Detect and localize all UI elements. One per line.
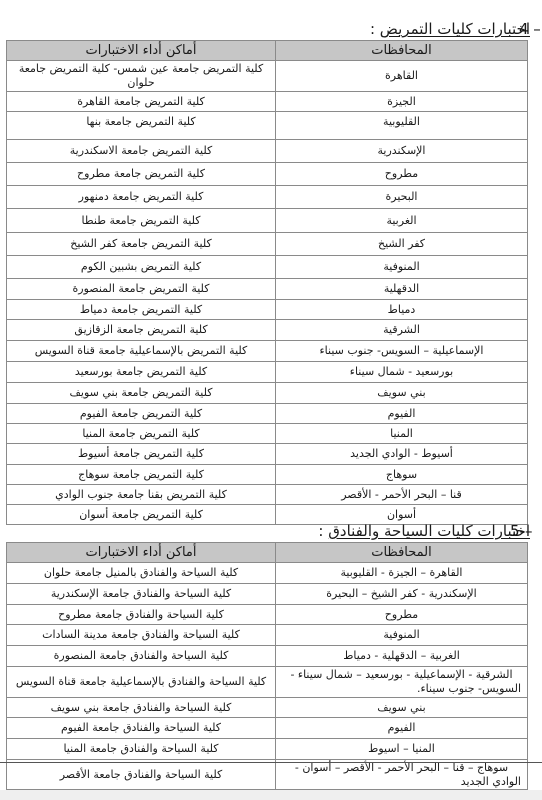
section-5-title-suffix: : — [318, 522, 328, 540]
governorate-cell: الإسكندرية - كفر الشيخ – البحيرة — [276, 584, 528, 605]
governorate-cell: الشرقية - الإسماعيلية - بورسعيد – شمال س… — [276, 667, 528, 698]
section-4-title: اختبارات كليات التمريض : — [370, 20, 530, 38]
table-row: القليوبيةكلية التمريض جامعة بنها — [7, 112, 528, 140]
location-cell: كلية التمريض جامعة المنصورة — [7, 279, 276, 300]
table-row: الغربيةكلية التمريض جامعة طنطا — [7, 209, 528, 233]
section-5-number: 5-– — [510, 522, 532, 540]
table-row: كفر الشيخكلية التمريض جامعة كفر الشيخ — [7, 233, 528, 256]
governorate-cell: الدقهلية — [276, 279, 528, 300]
governorate-cell: الإسماعيلية – السويس- جنوب سيناء — [276, 341, 528, 362]
table-row: الشرقيةكلية التمريض جامعة الزقازيق — [7, 320, 528, 341]
location-cell: كلية السياحة والفنادق جامعة مطروح — [7, 605, 276, 625]
table-row: المنوفيةكلية السياحة والفنادق جامعة مدين… — [7, 625, 528, 646]
governorate-cell: القاهرة – الجيزة - القليوبية — [276, 563, 528, 584]
location-cell: كلية التمريض جامعة المنيا — [7, 424, 276, 444]
location-cell: كلية السياحة والفنادق بالمنيل جامعة حلوا… — [7, 563, 276, 584]
governorate-cell: دمياط — [276, 300, 528, 320]
governorate-cell: المنوفية — [276, 256, 528, 279]
location-cell: كلية السياحة والفنادق بالإسماعيلية جامعة… — [7, 667, 276, 698]
table-row: المنياكلية التمريض جامعة المنيا — [7, 424, 528, 444]
table-row: الإسكندريةكلية التمريض جامعة الاسكندرية — [7, 140, 528, 163]
location-cell: كلية التمريض جامعة بنها — [7, 112, 276, 140]
table-row: المنوفيةكلية التمريض بشبين الكوم — [7, 256, 528, 279]
governorate-cell: البحيرة — [276, 186, 528, 209]
location-cell: كلية التمريض جامعة كفر الشيخ — [7, 233, 276, 256]
governorate-cell: الفيوم — [276, 718, 528, 739]
governorate-cell: الإسكندرية — [276, 140, 528, 163]
table-row: البحيرةكلية التمريض جامعة دمنهور — [7, 186, 528, 209]
location-cell: كلية التمريض جامعة دمياط — [7, 300, 276, 320]
location-cell: كلية التمريض جامعة دمنهور — [7, 186, 276, 209]
page-bottom-shade — [0, 790, 542, 800]
location-cell: كلية السياحة والفنادق جامعة الفيوم — [7, 718, 276, 739]
table-row: الفيومكلية السياحة والفنادق جامعة الفيوم — [7, 718, 528, 739]
location-cell: كلية السياحة والفنادق جامعة المنيا — [7, 739, 276, 760]
governorate-cell: سوهاج – قنا – البحر الأحمر - الأقصر – أس… — [276, 760, 528, 790]
table-row: المنيا – اسيوطكلية السياحة والفنادق جامع… — [7, 739, 528, 760]
table-row: قنا – البحر الأحمر - الأقصركلية التمريض … — [7, 485, 528, 505]
governorate-cell: الجيزة — [276, 92, 528, 112]
location-cell: كلية التمريض بالإسماعيلية جامعة قناة الس… — [7, 341, 276, 362]
location-cell: كلية التمريض بشبين الكوم — [7, 256, 276, 279]
table-row: دمياطكلية التمريض جامعة دمياط — [7, 300, 528, 320]
governorate-cell: بورسعيد - شمال سيناء — [276, 362, 528, 383]
tourism-exams-table: المحافظات أماكن أداء الاختبارات القاهرة … — [6, 542, 528, 790]
governorate-cell: المنوفية — [276, 625, 528, 646]
table-row: أسيوط - الوادي الجديدكلية التمريض جامعة … — [7, 444, 528, 465]
location-cell: كلية السياحة والفنادق جامعة الإسكندرية — [7, 584, 276, 605]
governorate-cell: المنيا — [276, 424, 528, 444]
location-cell: كلية التمريض جامعة الاسكندرية — [7, 140, 276, 163]
governorate-cell: أسيوط - الوادي الجديد — [276, 444, 528, 465]
table-row: الدقهليةكلية التمريض جامعة المنصورة — [7, 279, 528, 300]
governorate-cell: مطروح — [276, 163, 528, 186]
governorate-cell: القاهرة — [276, 61, 528, 92]
nursing-exams-table: المحافظات أماكن أداء الاختبارات القاهرةك… — [6, 40, 528, 525]
governorate-cell: كفر الشيخ — [276, 233, 528, 256]
header-governorates: المحافظات — [276, 543, 528, 563]
governorate-cell: بني سويف — [276, 383, 528, 404]
table-row: مطروحكلية السياحة والفنادق جامعة مطروح — [7, 605, 528, 625]
location-cell: كلية التمريض جامعة أسوان — [7, 505, 276, 525]
location-cell: كلية السياحة والفنادق جامعة بني سويف — [7, 698, 276, 718]
location-cell: كلية التمريض جامعة القاهرة — [7, 92, 276, 112]
governorate-cell: مطروح — [276, 605, 528, 625]
header-locations: أماكن أداء الاختبارات — [7, 543, 276, 563]
header-governorates: المحافظات — [276, 41, 528, 61]
page-divider-line — [0, 762, 542, 763]
section-4-title-suffix: : — [370, 20, 380, 38]
location-cell: كلية التمريض جامعة مطروح — [7, 163, 276, 186]
governorate-cell: قنا – البحر الأحمر - الأقصر — [276, 485, 528, 505]
table-row: مطروحكلية التمريض جامعة مطروح — [7, 163, 528, 186]
table-header-row: المحافظات أماكن أداء الاختبارات — [7, 41, 528, 61]
location-cell: كلية التمريض جامعة بورسعيد — [7, 362, 276, 383]
location-cell: كلية التمريض جامعة الفيوم — [7, 404, 276, 424]
table-row: القاهرةكلية التمريض جامعة عين شمس- كلية … — [7, 61, 528, 92]
location-cell: كلية التمريض جامعة الزقازيق — [7, 320, 276, 341]
table-header-row: المحافظات أماكن أداء الاختبارات — [7, 543, 528, 563]
governorate-cell: الشرقية — [276, 320, 528, 341]
header-locations: أماكن أداء الاختبارات — [7, 41, 276, 61]
location-cell: كلية التمريض جامعة سوهاج — [7, 465, 276, 485]
location-cell: كلية التمريض جامعة أسيوط — [7, 444, 276, 465]
table-row: الغربية – الدقهلية - دمياطكلية السياحة و… — [7, 646, 528, 667]
table-row: الشرقية - الإسماعيلية - بورسعيد – شمال س… — [7, 667, 528, 698]
governorate-cell: الفيوم — [276, 404, 528, 424]
governorate-cell: القليوبية — [276, 112, 528, 140]
table-row: الجيزةكلية التمريض جامعة القاهرة — [7, 92, 528, 112]
section-4-title-text: اختبارات كليات التمريض — [380, 20, 530, 38]
table-row: بني سويفكلية التمريض جامعة بني سويف — [7, 383, 528, 404]
location-cell: كلية التمريض بقنا جامعة جنوب الوادي — [7, 485, 276, 505]
location-cell: كلية السياحة والفنادق جامعة مدينة السادا… — [7, 625, 276, 646]
table-row: بورسعيد - شمال سيناءكلية التمريض جامعة ب… — [7, 362, 528, 383]
location-cell: كلية السياحة والفنادق جامعة الأقصر — [7, 760, 276, 790]
location-cell: كلية السياحة والفنادق جامعة المنصورة — [7, 646, 276, 667]
table-row: الفيومكلية التمريض جامعة الفيوم — [7, 404, 528, 424]
governorate-cell: الغربية – الدقهلية - دمياط — [276, 646, 528, 667]
governorate-cell: بني سويف — [276, 698, 528, 718]
section-5-title: اختبارات كليات السياحة والفنادق : — [318, 522, 530, 540]
table-row: سوهاج – قنا – البحر الأحمر - الأقصر – أس… — [7, 760, 528, 790]
governorate-cell: المنيا – اسيوط — [276, 739, 528, 760]
location-cell: كلية التمريض جامعة طنطا — [7, 209, 276, 233]
section-4-number: 4 – — [519, 20, 541, 38]
table-row: بني سويفكلية السياحة والفنادق جامعة بني … — [7, 698, 528, 718]
section-5-title-text: اختبارات كليات السياحة والفنادق — [328, 522, 530, 540]
table-row: القاهرة – الجيزة - القليوبيةكلية السياحة… — [7, 563, 528, 584]
table-row: الإسكندرية - كفر الشيخ – البحيرةكلية الس… — [7, 584, 528, 605]
table-row: الإسماعيلية – السويس- جنوب سيناءكلية الت… — [7, 341, 528, 362]
location-cell: كلية التمريض جامعة بني سويف — [7, 383, 276, 404]
location-cell: كلية التمريض جامعة عين شمس- كلية التمريض… — [7, 61, 276, 92]
governorate-cell: سوهاج — [276, 465, 528, 485]
governorate-cell: الغربية — [276, 209, 528, 233]
table-row: سوهاجكلية التمريض جامعة سوهاج — [7, 465, 528, 485]
